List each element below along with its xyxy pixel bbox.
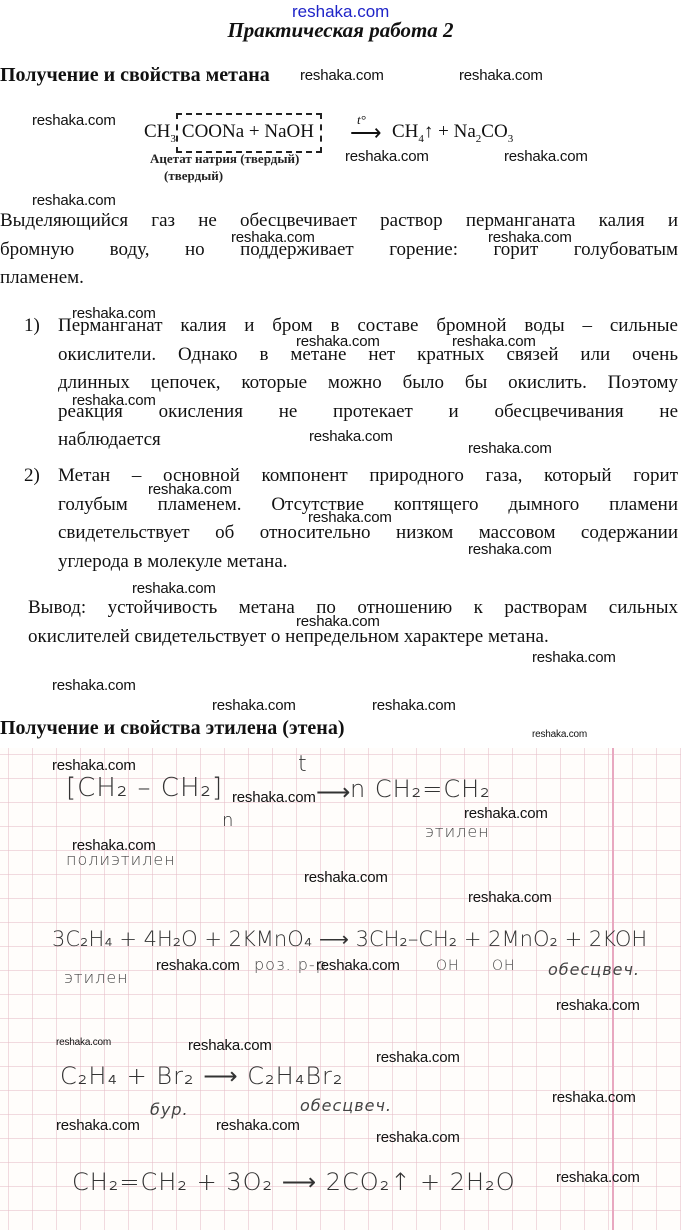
watermark: reshaka.com: [52, 677, 136, 694]
watermark: reshaka.com: [468, 541, 552, 558]
section-heading-methane: Получение и свойства метана: [0, 64, 270, 87]
caption-sodium-acetate: Ацетат натрия (твердый): [150, 151, 299, 167]
watermark: reshaka.com: [72, 837, 156, 854]
watermark: reshaka.com: [232, 789, 316, 806]
watermark: reshaka.com: [468, 889, 552, 906]
eq-ch3: CH: [144, 121, 170, 142]
watermark: reshaka.com: [309, 428, 393, 445]
watermark: reshaka.com: [468, 440, 552, 457]
eq-co: CO: [481, 121, 507, 142]
eq-plus-na: + Na: [438, 121, 476, 142]
watermark: reshaka.com: [532, 729, 587, 740]
watermark: reshaka.com: [212, 697, 296, 714]
watermark: reshaka.com: [452, 333, 536, 350]
hw-ethylene-product: n CH₂=CH₂: [350, 775, 491, 803]
watermark: reshaka.com: [188, 1037, 272, 1054]
watermark: reshaka.com: [552, 1089, 636, 1106]
watermark: reshaka.com: [56, 1037, 111, 1048]
methane-products: CH4↑ + Na2CO3: [392, 121, 513, 145]
caption-solid: (твердый): [164, 168, 223, 184]
intro-paragraph: Выделяющийся газ не обесцвечивает раство…: [0, 207, 678, 293]
eq-co-sub: 3: [508, 133, 514, 145]
watermark: reshaka.com: [296, 333, 380, 350]
watermark: reshaka.com: [52, 757, 136, 774]
paragraph-line: углерода в молекуле метана.: [58, 548, 678, 577]
watermark: reshaka.com: [459, 67, 543, 84]
hw-arrow-label-t: t: [298, 752, 308, 777]
section-heading-ethylene: Получение и свойства этилена (этена): [0, 717, 344, 740]
hw-label-brown: бур.: [150, 1100, 189, 1119]
watermark: reshaka.com: [376, 1129, 460, 1146]
dashed-box: [176, 113, 322, 153]
hw-polymer: [CH₂ – CH₂]: [66, 773, 223, 803]
watermark: reshaka.com: [345, 148, 429, 165]
hw-polymer-n: n: [222, 810, 234, 831]
paragraph-line: пламенем.: [0, 264, 678, 293]
watermark: reshaka.com: [372, 697, 456, 714]
watermark: reshaka.com: [556, 997, 640, 1014]
paragraph-line: Выделяющийся газ не обесцвечивает раство…: [0, 207, 678, 236]
watermark: reshaka.com: [132, 580, 216, 597]
watermark: reshaka.com: [300, 67, 384, 84]
watermark: reshaka.com: [504, 148, 588, 165]
hw-arrow-icon: ⟶: [316, 778, 351, 806]
eq-ch4: CH: [392, 121, 418, 142]
paragraph-line: бромную воду, но поддерживает горение: г…: [0, 236, 678, 265]
watermark: reshaka.com: [56, 1117, 140, 1134]
watermark: reshaka.com: [316, 957, 400, 974]
watermark: reshaka.com: [72, 305, 156, 322]
gas-up-arrow-icon: ↑: [424, 121, 434, 142]
hw-oh-2: OH: [492, 958, 516, 974]
hw-label-decolorized: обесцвеч.: [548, 960, 640, 979]
page-title: Практическая работа 2: [0, 18, 681, 43]
notebook-margin-line: [612, 748, 614, 1230]
watermark: reshaka.com: [156, 957, 240, 974]
watermark: reshaka.com: [532, 649, 616, 666]
watermark: reshaka.com: [72, 392, 156, 409]
watermark: reshaka.com: [32, 192, 116, 209]
hw-oh-1: OH: [436, 958, 460, 974]
watermark: reshaka.com: [308, 509, 392, 526]
watermark: reshaka.com: [376, 1049, 460, 1066]
watermark: reshaka.com: [464, 805, 548, 822]
hw-combustion-equation: CH₂=CH₂ + 3O₂ ⟶ 2CO₂↑ + 2H₂O: [72, 1168, 516, 1196]
watermark: reshaka.com: [556, 1169, 640, 1186]
list-number-2: 2): [24, 462, 40, 491]
hw-label-ethylene: этилен: [425, 822, 490, 841]
list-number-1: 1): [24, 312, 40, 341]
watermark: reshaka.com: [148, 481, 232, 498]
hw-label-ethylene-2: этилен: [64, 968, 129, 987]
watermark: reshaka.com: [32, 112, 116, 129]
reaction-arrow-icon: ⟶: [350, 120, 382, 146]
watermark: reshaka.com: [216, 1117, 300, 1134]
watermark: reshaka.com: [231, 229, 315, 246]
watermark: reshaka.com: [488, 229, 572, 246]
hw-label-decolorized-2: обесцвеч.: [300, 1096, 392, 1115]
notebook-grid-image: [0, 748, 681, 1230]
watermark: reshaka.com: [296, 613, 380, 630]
hw-bromine-equation: C₂H₄ + Br₂ ⟶ C₂H₄Br₂: [60, 1062, 344, 1090]
watermark: reshaka.com: [304, 869, 388, 886]
hw-kmno4-equation: 3C₂H₄ + 4H₂O + 2KMnO₄ ⟶ 3CH₂–CH₂ + 2MnO₂…: [52, 927, 647, 951]
